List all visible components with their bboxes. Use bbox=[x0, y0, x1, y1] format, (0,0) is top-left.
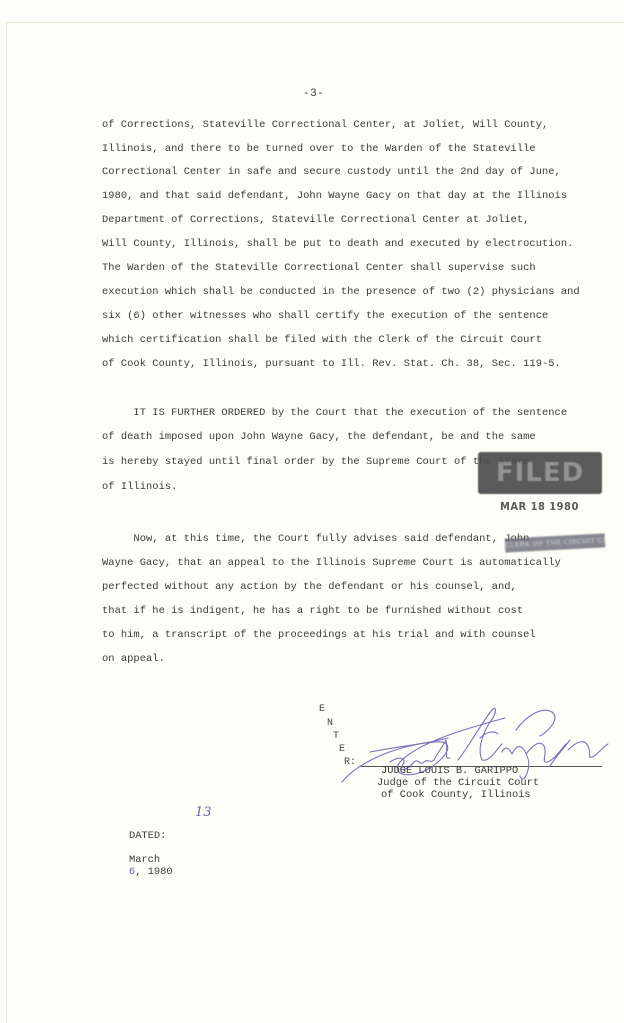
text-line: that if he is indigent, he has a right t… bbox=[102, 605, 523, 617]
text-line: Illinois, and there to be turned over to… bbox=[102, 143, 536, 155]
text-line: IT IS FURTHER ORDERED by the Court that … bbox=[102, 407, 567, 419]
text-line: Will County, Illinois, shall be put to d… bbox=[102, 238, 573, 250]
filed-stamp: FILED bbox=[478, 452, 602, 494]
dated-handwritten-day: 13 bbox=[195, 805, 212, 820]
judge-name: JUDGE LOUIS B. GARIPPO bbox=[381, 765, 518, 777]
text-line: 1980, and that said defendant, John Wayn… bbox=[102, 190, 567, 202]
document-page: -3- of Corrections, Stateville Correctio… bbox=[0, 0, 624, 1023]
text-line: execution which shall be conducted in th… bbox=[102, 286, 580, 298]
judge-jurisdiction: of Cook County, Illinois bbox=[381, 789, 531, 801]
text-line: Correctional Center in safe and secure c… bbox=[102, 166, 561, 178]
text-line: The Warden of the Stateville Correctiona… bbox=[102, 262, 536, 274]
filed-stamp-date: MAR 18 1980 bbox=[500, 500, 579, 513]
text-line: Wayne Gacy, that an appeal to the Illino… bbox=[102, 557, 561, 569]
dated-year: , 1980 bbox=[135, 866, 172, 878]
text-line: of death imposed upon John Wayne Gacy, t… bbox=[102, 431, 536, 443]
text-line: to him, a transcript of the proceedings … bbox=[102, 629, 536, 641]
text-line: on appeal. bbox=[102, 653, 165, 665]
enter-letter: E bbox=[319, 704, 325, 715]
text-line: six (6) other witnesses who shall certif… bbox=[102, 310, 548, 322]
dated-line: DATED: March 6, 1980 bbox=[104, 818, 173, 890]
text-line: of Corrections, Stateville Correctional … bbox=[102, 119, 548, 131]
text-line: Department of Corrections, Stateville Co… bbox=[102, 214, 529, 226]
judge-title: Judge of the Circuit Court bbox=[377, 777, 539, 789]
text-line: which certification shall be filed with … bbox=[102, 334, 542, 346]
dated-label: DATED: bbox=[129, 830, 166, 842]
text-line: of Cook County, Illinois, pursuant to Il… bbox=[102, 358, 561, 370]
page-edge bbox=[6, 22, 7, 1023]
text-line: Now, at this time, the Court fully advis… bbox=[102, 533, 529, 545]
text-line: perfected without any action by the defe… bbox=[102, 581, 517, 593]
text-line: of Illinois. bbox=[102, 481, 177, 493]
page-edge bbox=[6, 22, 624, 23]
page-number: -3- bbox=[303, 88, 324, 100]
dated-month: March bbox=[129, 854, 160, 866]
text-line: is hereby stayed until final order by th… bbox=[102, 456, 529, 468]
